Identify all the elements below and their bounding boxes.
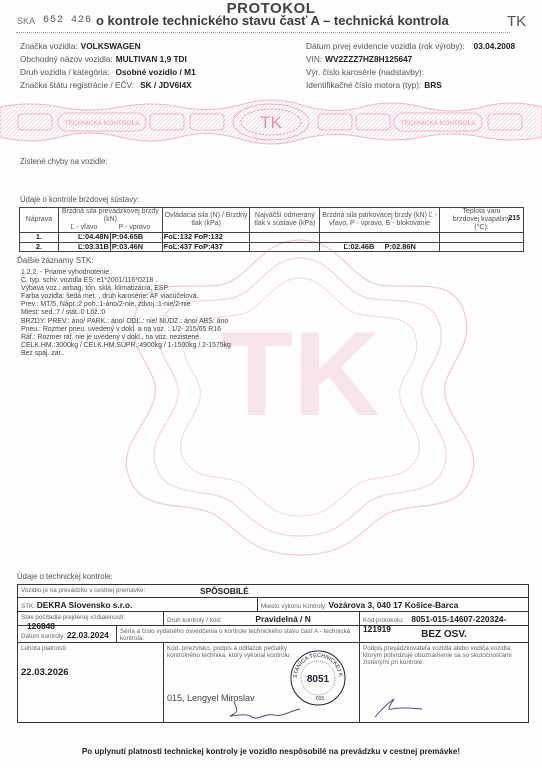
header-control-force: Ovládacia sila (N) / Brzdný tlak (kPa)	[162, 208, 250, 233]
validity-warning: Po uplynutí platnosti technickej kontrol…	[0, 747, 542, 756]
technical-control-table: Vozidlo je na prevádzku v cestnej premáv…	[17, 584, 529, 723]
brakes-section-label: Údaje o kontrole brzdovej sústavy:	[20, 195, 139, 204]
record-line: BRZDY: PREV.: áno/ PARK.: áno/ ODĽ.: nie…	[21, 318, 231, 326]
header-service-brake: Brzdná sila prevádzkovej brzdy (kN) Ľ - …	[58, 208, 162, 233]
record-line: Ráf.: Rozmer ráf. nie je uvedený v dokl.…	[21, 334, 231, 342]
svg-text:TK: TK	[220, 307, 380, 441]
vin: VIN:WV2ZZZ7HZ8H125647	[306, 54, 412, 64]
technician-signature	[204, 701, 304, 729]
record-line: CELK.HM.:3000kg / CELK.HM.SÚPR.:4900kg /…	[21, 342, 231, 350]
records-list: 1.2.2. - Priame vyhodnotenie. Č. typ. sc…	[21, 269, 231, 358]
vehicle-trade-name: Obchodný názov vozidla:MULTIVAN 1,9 TDI	[20, 54, 187, 64]
document-subtitle: o kontrole technického stavu časť A – te…	[96, 13, 449, 28]
record-line: Výbava voz.: airbag, tón. sklá, klimatiz…	[21, 285, 231, 293]
certificate-value-cell: BEZ OSV.	[360, 626, 528, 642]
technician-cell: Kód, priezvisko, podpis a odtlačok pečia…	[164, 643, 360, 722]
records-label: Ďalšie záznamy STK:	[17, 256, 93, 265]
header-max-pressure: Najväčší odmeraný tlak v sústave (kPa)	[250, 208, 320, 233]
operator-signature-cell: Podpis prevádzkovateľa vozidla alebo vod…	[360, 643, 528, 722]
roadworthy-value: SPÔSOBILÉ	[200, 586, 249, 596]
header-divider	[16, 32, 510, 33]
defects-label: Zistené chyby na vozidle:	[20, 157, 108, 166]
inspection-type-cell: Druh kontroly / kód: Pravidelná / N	[164, 612, 360, 625]
validity-cell: Lehota platnosti: 22.03.2026	[18, 643, 164, 722]
vehicle-category: Druh vozidla / kategória:Osobné vozidlo …	[20, 67, 196, 77]
brake-table: Náprava Brzdná sila prevádzkovej brzdy (…	[19, 207, 524, 252]
series-number: 652 426	[43, 15, 92, 26]
record-line: Pneu.: Rozmer pneu. uvedený v dokl. a na…	[21, 326, 231, 334]
vehicle-make: Značka vozidla:VOLKSWAGEN	[20, 41, 141, 51]
header-fluid-temp: Teplota varu brzdovej kvapaliny (°C): 21…	[440, 208, 524, 233]
band-text-center: TK	[260, 113, 282, 132]
svg-text:8051: 8051	[307, 674, 330, 685]
technical-control-label: Údaje o technickej kontrole:	[17, 572, 113, 581]
table-row: 2. Ľ:03.31B P:03.46N FoĽ:437 FoP:437 Ľ:0…	[20, 242, 524, 252]
operator-signature	[370, 695, 430, 721]
roadworthy-cell: Vozidlo je na prevádzku v cestnej premáv…	[18, 585, 528, 597]
record-line: Farba vozidla: šedá met. , druh karoséri…	[21, 293, 231, 301]
table-row: 1. Ľ:04.48N P:04.65B FoĽ:132 FoP:132	[20, 233, 524, 243]
fluid-temp-value: 215	[508, 215, 520, 223]
header-parking-brake: Brzdná sila parkovacej brzdy (kN) Ľ - vľ…	[320, 208, 440, 233]
security-band: TECHNICKÁ KONTROLA TK TECHNICKÁ KONTROLA	[0, 97, 542, 147]
band-text-right: TECHNICKÁ KONTROLA	[400, 118, 476, 127]
odometer-cell: Stav počítadla prejdenej vzdialenosti: 1…	[18, 612, 164, 625]
band-text-left: TECHNICKÁ KONTROLA	[64, 118, 140, 127]
corner-mark: TK	[507, 13, 526, 30]
stk-cell: STK: DEKRA Slovensko s.r.o.	[18, 598, 258, 611]
record-line: Miest: sed.:7 / stát.:0 Lôž.:0	[21, 309, 231, 317]
body-number: Výr. číslo karosérie (nadstavby):	[306, 67, 427, 77]
header-axle: Náprava	[20, 208, 59, 233]
record-line: Bez spáj. zar..	[21, 350, 231, 358]
place-cell: Miesto výkonu kontroly: Vozárova 3, 040 …	[258, 598, 528, 611]
engine-id: Identifikačné číslo motora (typ):BRS	[306, 80, 442, 90]
vehicle-registration: Značka štátu registrácie / EČV:SK / JDV6…	[20, 80, 192, 90]
protocol-code-cell: Kód protokolu: 8051-015-14607-220324-121…	[360, 612, 528, 625]
first-registration-date: Dátum prvej evidencie vozidla (rok výrob…	[306, 41, 515, 51]
inspection-stamp: STANICA TECHNICKEJ KONTROLY 8051 015	[289, 649, 347, 707]
record-line: 1.2.2. - Priame vyhodnotenie.	[21, 269, 231, 277]
record-line: Prev.: MT/5, Nápr.:2 poh.:1-áno/2-nie, z…	[21, 301, 231, 309]
record-line: Č. typ. schv. vozidla ES: e1*2001/116*02…	[21, 277, 231, 285]
validity-value: 22.03.2026	[21, 667, 160, 678]
inspection-date-cell: Dátum kontroly: 22.03.2024	[18, 626, 117, 642]
certificate-label-cell: Séria a číslo vydaného osvedčenia o kont…	[117, 626, 360, 642]
svg-text:015: 015	[316, 696, 325, 702]
series-label: SKA	[17, 16, 35, 26]
